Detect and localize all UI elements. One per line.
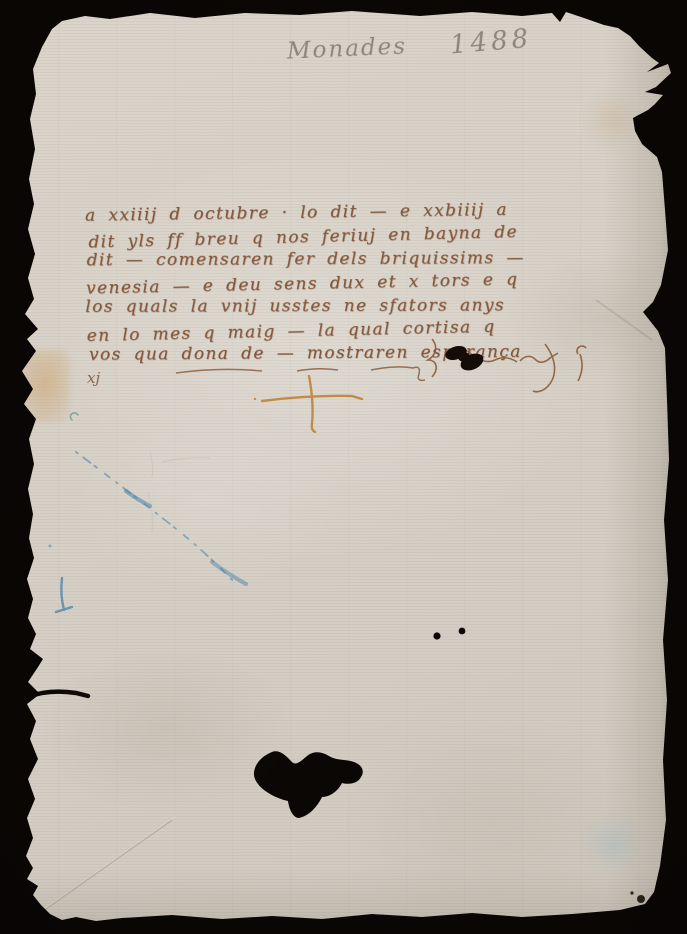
worm-hole [433,632,440,639]
signature-flourish [428,339,586,392]
manuscript-line: dit — comensaren fer dels briquissims — [87,247,627,273]
paper-hole [27,628,465,889]
blue-gray-stain [583,815,641,873]
edge-slit-tear [28,692,88,697]
teal-speck [70,413,78,420]
manuscript-line: dit yls ff breu q nos feriuj en bayna de [88,218,628,255]
manuscript-line: venesia — e deu sens dux et x tors e q [86,266,626,301]
cross-mark [254,376,362,432]
pencil-year: 1488 [449,23,533,60]
pencil-inscription: Monades [286,33,407,64]
manuscript-line: vos qua dona de — mostraren esperança [89,340,629,367]
faint-tan-stain [585,90,637,150]
faint-pencil-scuffs [148,452,210,532]
tan-stain [20,350,70,422]
fold-crease [30,300,652,920]
manuscript-line: en lo mes q maig — la qual cortisa q [86,312,626,348]
manuscript-line: a xxiiij d octubre · lo dit — e xxbiiij … [85,197,625,228]
manuscript-line: los quals la vnij usstes ne sfators anys [85,294,625,319]
handwritten-text-block: a xxiiij d octubre · lo dit — e xxbiiij … [85,197,627,369]
photograph-background: Monades 1488 a xxiiij d octubre · lo dit… [0,0,687,934]
corner-speck [630,891,650,908]
blue-transfer-line [49,413,247,612]
underline-strokes [176,367,425,381]
worm-hole [459,628,466,635]
manuscript-page: Monades 1488 a xxiiij d octubre · lo dit… [0,0,687,934]
ink-blot [444,343,486,373]
edge-hole [27,883,32,888]
nine-mark [577,346,586,381]
marginal-numeral: xj [87,369,100,387]
ink-and-damage-marks [0,0,687,934]
